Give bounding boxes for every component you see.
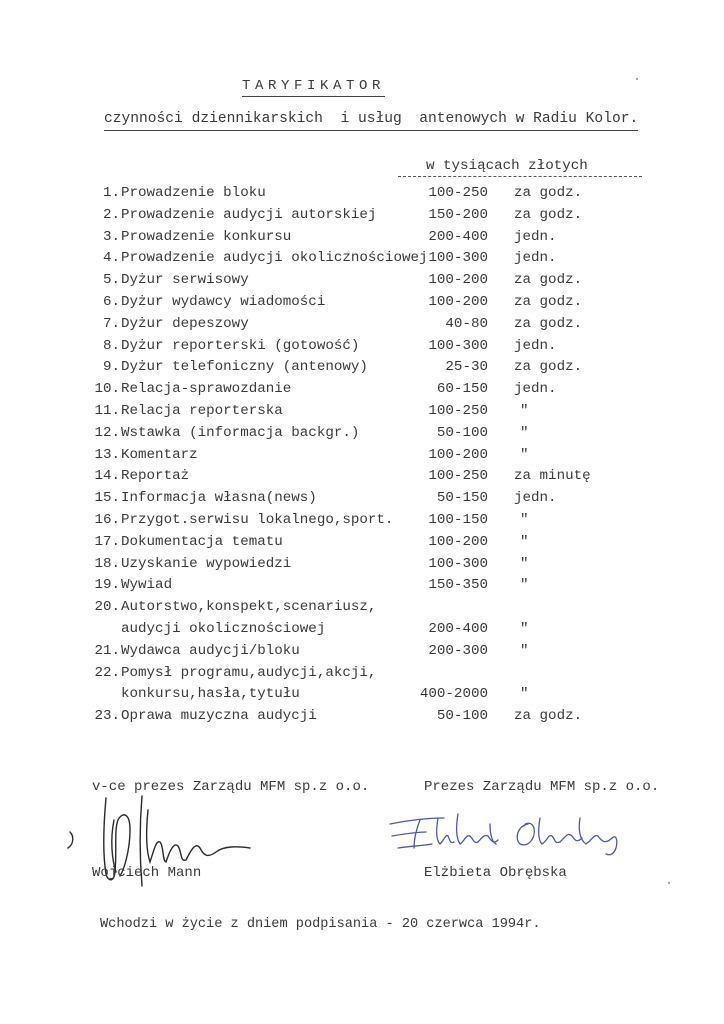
item-price-range: 25-30 <box>445 356 488 378</box>
item-price-range: 200-400 <box>428 618 488 640</box>
item-name: Relacja-sprawozdanie <box>121 378 291 400</box>
item-name: Komentarz <box>121 444 198 466</box>
item-price-range: 100-250 <box>428 182 488 204</box>
scan-speck <box>668 882 670 884</box>
tariff-row: konkursu,hasła,tytułu400-2000" <box>0 683 724 705</box>
item-billing-unit: " <box>520 553 529 575</box>
item-name: Wstawka (informacja backgr.) <box>121 422 359 444</box>
item-billing-unit: " <box>520 683 529 705</box>
document-page: TARYFIKATOR czynności dziennikarskich i … <box>0 0 724 1024</box>
item-price-range: 400-2000 <box>420 683 488 705</box>
item-price-range: 50-100 <box>437 422 488 444</box>
item-billing-unit: za godz. <box>514 204 582 226</box>
item-billing-unit: jedn. <box>514 247 557 269</box>
item-billing-unit: jedn. <box>514 335 557 357</box>
item-name: Przygot.serwisu lokalnego,sport. <box>121 509 393 531</box>
item-name: Pomysł programu,audycji,akcji, <box>121 662 376 684</box>
item-name: Prowadzenie audycji autorskiej <box>121 204 376 226</box>
item-name: Dyżur wydawcy wiadomości <box>121 291 325 313</box>
item-billing-unit: jedn. <box>514 226 557 248</box>
item-name: Prowadzenie konkursu <box>121 226 291 248</box>
item-billing-unit: jedn. <box>514 378 557 400</box>
item-price-range: 150-350 <box>428 574 488 596</box>
item-price-range: 100-200 <box>428 444 488 466</box>
right-signatory-role: Prezes Zarządu MFM sp.z o.o. <box>424 776 659 798</box>
item-billing-unit: za godz. <box>514 269 582 291</box>
tariff-row: 17.Dokumentacja tematu100-200" <box>0 531 724 553</box>
item-price-range: 200-400 <box>428 226 488 248</box>
item-price-range: 50-150 <box>437 487 488 509</box>
item-price-range: 60-150 <box>437 378 488 400</box>
item-number: 10. <box>94 378 120 400</box>
item-number: 16. <box>94 509 120 531</box>
item-number: 18. <box>94 553 120 575</box>
document-subtitle: czynności dziennikarskich i usług anteno… <box>104 108 638 131</box>
item-name: Dyżur serwisowy <box>121 269 249 291</box>
item-billing-unit: za minutę <box>514 465 591 487</box>
item-billing-unit: " <box>520 618 529 640</box>
item-billing-unit: " <box>520 574 529 596</box>
item-name: Dokumentacja tematu <box>121 531 283 553</box>
tariff-row: 7.Dyżur depeszowy40-80za godz. <box>0 313 724 335</box>
item-number: 3. <box>103 226 120 248</box>
tariff-row: 3.Prowadzenie konkursu200-400jedn. <box>0 226 724 248</box>
item-billing-unit: " <box>520 422 529 444</box>
item-number: 1. <box>103 182 120 204</box>
item-price-range: 100-150 <box>428 509 488 531</box>
tariff-row: 14.Reportaż100-250za minutę <box>0 465 724 487</box>
item-number: 20. <box>94 596 120 618</box>
item-number: 12. <box>94 422 120 444</box>
item-number: 21. <box>94 640 120 662</box>
item-billing-unit: " <box>520 531 529 553</box>
item-name-continued: audycji okolicznościowej <box>121 618 325 640</box>
item-name-continued: konkursu,hasła,tytułu <box>121 683 300 705</box>
item-number: 22. <box>94 662 120 684</box>
tariff-row: 4.Prowadzenie audycji okolicznościowej10… <box>0 247 724 269</box>
item-billing-unit: za godz. <box>514 182 582 204</box>
currency-unit-header: w tysiącach złotych <box>398 156 642 177</box>
tariff-row: 1.Prowadzenie bloku100-250za godz. <box>0 182 724 204</box>
item-price-range: 100-200 <box>428 531 488 553</box>
item-price-range: 100-200 <box>428 291 488 313</box>
item-billing-unit: " <box>520 400 529 422</box>
tariff-row: 20.Autorstwo,konspekt,scenariusz, <box>0 596 724 618</box>
item-name: Informacja własna(news) <box>121 487 317 509</box>
item-name: Prowadzenie bloku <box>121 182 266 204</box>
item-number: 13. <box>94 444 120 466</box>
item-billing-unit: za godz. <box>514 291 582 313</box>
item-price-range: 100-300 <box>428 553 488 575</box>
item-price-range: 100-300 <box>428 335 488 357</box>
item-name: Oprawa muzyczna audycji <box>121 705 317 727</box>
tariff-row: 15.Informacja własna(news)50-150jedn. <box>0 487 724 509</box>
document-title: TARYFIKATOR <box>242 76 385 97</box>
item-number: 5. <box>103 269 120 291</box>
item-number: 7. <box>103 313 120 335</box>
item-name: Autorstwo,konspekt,scenariusz, <box>121 596 376 618</box>
item-price-range: 150-200 <box>428 204 488 226</box>
right-handwritten-signature <box>380 804 640 864</box>
item-name: Wydawca audycji/bloku <box>121 640 300 662</box>
item-price-range: 50-100 <box>437 705 488 727</box>
item-name: Uzyskanie wypowiedzi <box>121 553 291 575</box>
right-signatory-name: Elżbieta Obrębska <box>424 862 567 884</box>
item-name: Dyżur reporterski (gotowość) <box>121 335 359 357</box>
item-price-range: 100-200 <box>428 269 488 291</box>
tariff-row: 9.Dyżur telefoniczny (antenowy)25-30za g… <box>0 356 724 378</box>
item-billing-unit: " <box>520 640 529 662</box>
item-billing-unit: za godz. <box>514 313 582 335</box>
item-billing-unit: jedn. <box>514 487 557 509</box>
tariff-row: 12.Wstawka (informacja backgr.)50-100" <box>0 422 724 444</box>
item-name: Reportaż <box>121 465 189 487</box>
tariff-row: 21.Wydawca audycji/bloku200-300" <box>0 640 724 662</box>
item-number: 9. <box>103 356 120 378</box>
item-name: Dyżur depeszowy <box>121 313 249 335</box>
tariff-row: 5.Dyżur serwisowy100-200za godz. <box>0 269 724 291</box>
item-billing-unit: " <box>520 509 529 531</box>
tariff-row: 10.Relacja-sprawozdanie60-150jedn. <box>0 378 724 400</box>
item-number: 14. <box>94 465 120 487</box>
item-number: 2. <box>103 204 120 226</box>
item-name: Dyżur telefoniczny (antenowy) <box>121 356 368 378</box>
tariff-row: 8.Dyżur reporterski (gotowość)100-300jed… <box>0 335 724 357</box>
item-billing-unit: za godz. <box>514 705 582 727</box>
tariff-row: 23.Oprawa muzyczna audycji50-100za godz. <box>0 705 724 727</box>
tariff-row: 11.Relacja reporterska100-250" <box>0 400 724 422</box>
item-billing-unit: " <box>520 444 529 466</box>
left-signatory-name: Wojciech Mann <box>92 862 201 884</box>
item-number: 6. <box>103 291 120 313</box>
item-number: 4. <box>103 247 120 269</box>
item-price-range: 40-80 <box>445 313 488 335</box>
item-name: Prowadzenie audycji okolicznościowej <box>121 247 428 269</box>
item-price-range: 100-250 <box>428 400 488 422</box>
item-number: 15. <box>94 487 120 509</box>
item-number: 23. <box>94 705 120 727</box>
tariff-row: 2.Prowadzenie audycji autorskiej150-200z… <box>0 204 724 226</box>
item-price-range: 100-300 <box>428 247 488 269</box>
tariff-row: 16.Przygot.serwisu lokalnego,sport.100-1… <box>0 509 724 531</box>
tariff-row: audycji okolicznościowej200-400" <box>0 618 724 640</box>
effective-date-note: Wchodzi w życie z dniem podpisania - 20 … <box>100 914 541 936</box>
item-number: 11. <box>94 400 120 422</box>
item-number: 17. <box>94 531 120 553</box>
item-price-range: 200-300 <box>428 640 488 662</box>
item-number: 19. <box>94 574 120 596</box>
tariff-row: 13.Komentarz100-200" <box>0 444 724 466</box>
item-number: 8. <box>103 335 120 357</box>
scan-speck <box>636 78 638 80</box>
tariff-row: 6.Dyżur wydawcy wiadomości100-200za godz… <box>0 291 724 313</box>
item-billing-unit: za godz. <box>514 356 582 378</box>
tariff-row: 19.Wywiad150-350" <box>0 574 724 596</box>
item-name: Relacja reporterska <box>121 400 283 422</box>
tariff-row: 22.Pomysł programu,audycji,akcji, <box>0 662 724 684</box>
tariff-row: 18.Uzyskanie wypowiedzi100-300" <box>0 553 724 575</box>
item-price-range: 100-250 <box>428 465 488 487</box>
item-name: Wywiad <box>121 574 172 596</box>
